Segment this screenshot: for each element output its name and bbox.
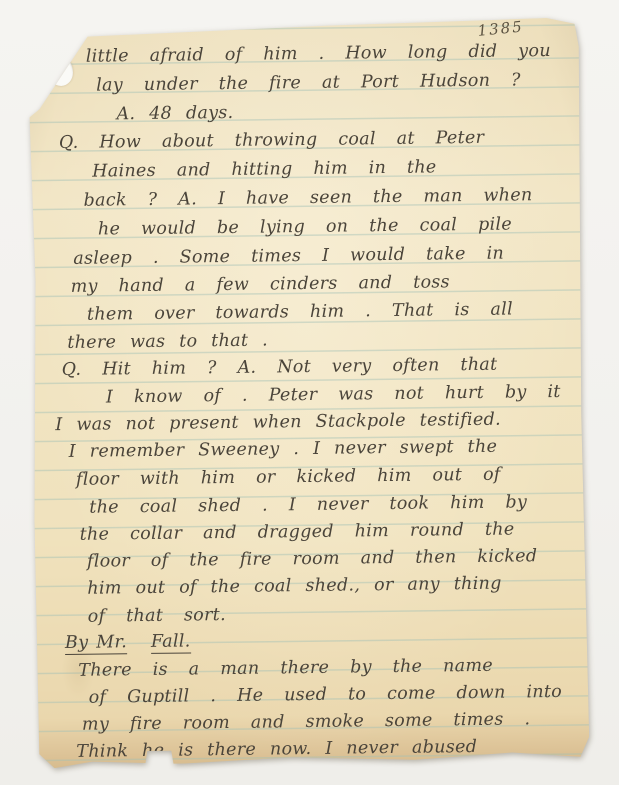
handwritten-line: I was not present when Stackpole testifi… (55, 410, 501, 435)
manuscript-page: 1385 little afraid of him . How long did… (25, 15, 590, 780)
handwritten-line: back ? A. I have seen the man when (83, 185, 532, 210)
punch-hole (47, 56, 73, 86)
handwritten-line: the coal shed . I never took him by (89, 492, 527, 517)
handwritten-line: lay under the fire at Port Hudson ? (96, 70, 521, 95)
handwritten-line: asleep . Some times I would take in (73, 244, 504, 269)
handwritten-line: Q. How about throwing coal at Peter (59, 128, 485, 153)
handwritten-line: he would be lying on the coal pile (98, 214, 512, 239)
handwritten-line: Think he is there now. I never abused (76, 737, 477, 762)
handwritten-line: the collar and dragged him round the (80, 519, 515, 544)
handwritten-line: my hand a few cinders and toss (71, 272, 451, 297)
handwritten-line: I remember Sweeney . I never swept the (69, 437, 498, 462)
handwritten-line: my fire room and smoke some times . (82, 709, 531, 734)
handwritten-line: them over towards him . That is all (87, 299, 513, 324)
page-number: 1385 (477, 17, 525, 39)
handwritten-line: Haines and hitting him in the (92, 157, 437, 181)
handwritten-line: there was to that . (67, 330, 268, 352)
handwritten-line: I know of . Peter was not hurt by it . (106, 382, 588, 408)
handwritten-line: A. 48 days. (116, 103, 233, 124)
handwritten-line: of Guptill . He used to come down into (89, 682, 563, 708)
handwritten-line: There is a man there by the name (78, 656, 493, 681)
page-shadow-wrapper: 1385 little afraid of him . How long did… (0, 0, 619, 785)
handwritten-line: floor with him or kicked him out of (76, 465, 501, 490)
byline-prefix: By Mr. (65, 632, 127, 655)
scan-viewport: 1385 little afraid of him . How long did… (0, 0, 619, 785)
handwritten-line: Q. Hit him ? A. Not very often that (62, 355, 498, 380)
handwritten-line: him out of the coal shed., or any thing (87, 574, 502, 599)
handwritten-line: little afraid of him . How long did you (86, 41, 551, 67)
handwritten-line-byline: By Mr. Fall. (65, 631, 207, 653)
handwritten-line: of that sort. (88, 605, 227, 627)
handwritten-line: floor of the fire room and then kicked (87, 546, 538, 572)
byline-name: Fall. (151, 631, 191, 653)
